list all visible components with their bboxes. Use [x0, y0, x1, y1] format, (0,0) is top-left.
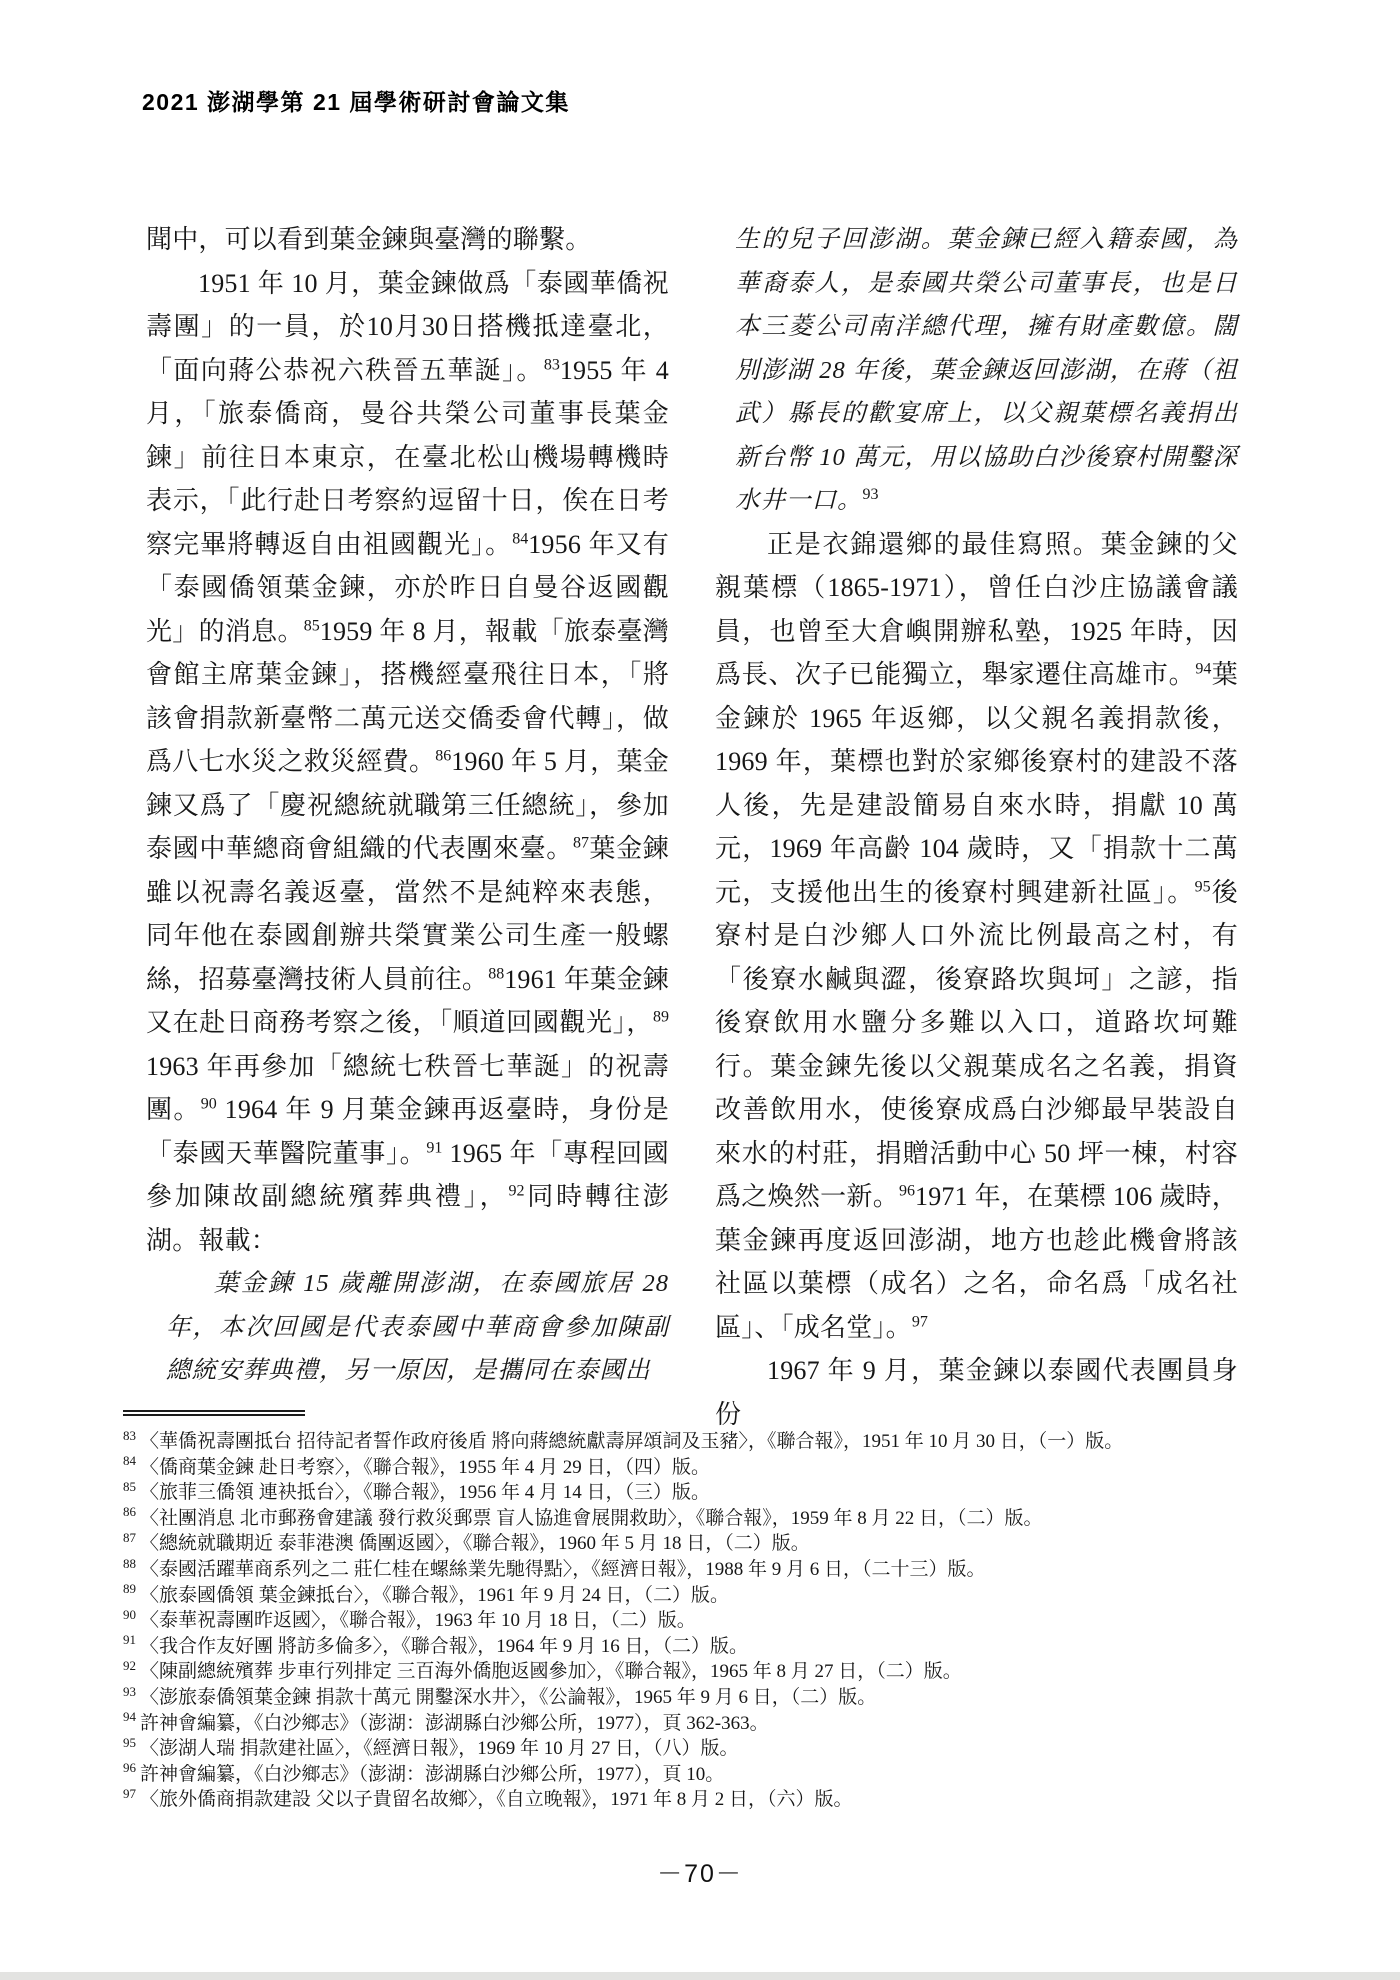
footnote-number: 92 [123, 1658, 136, 1673]
footnote-item: 94許神會編纂，《白沙鄉志》（澎湖：澎湖縣白沙鄉公所，1977），頁 362-3… [123, 1711, 1298, 1737]
footnote-item: 83〈華僑祝壽團抵台 招待記者誓作政府後盾 將向蔣總統獻壽屏頌詞及玉豬〉，《聯合… [123, 1429, 1298, 1455]
left-column: 聞中，可以看到葉金鍊與臺灣的聯繫。1951 年 10 月，葉金鍊做爲「泰國華僑祝… [146, 218, 669, 1436]
footnote-reference: 85 [304, 617, 320, 634]
footnote-item: 96許神會編纂，《白沙鄉志》（澎湖：澎湖縣白沙鄉公所，1977），頁 10。 [123, 1762, 1298, 1788]
footnote-item: 85〈旅菲三僑領 連袂抵台〉，《聯合報》，1956 年 4 月 14 日，（三）… [123, 1480, 1298, 1506]
footnote-number: 84 [123, 1453, 136, 1468]
footnote-item: 89〈旅泰國僑領 葉金鍊抵台〉，《聯合報》，1961 年 9 月 24 日，（二… [123, 1583, 1298, 1609]
footnote-number: 95 [123, 1735, 136, 1750]
footnote-reference: 86 [435, 747, 451, 764]
footnote-number: 88 [123, 1556, 136, 1571]
footnote-reference: 95 [1195, 878, 1211, 895]
footnote-reference: 94 [1195, 660, 1211, 677]
footnote-item: 95〈澎湖人瑞 捐款建社區〉，《經濟日報》，1969 年 10 月 27 日，（… [123, 1736, 1298, 1762]
footnote-item: 97〈旅外僑商捐款建設 父以子貴留名故鄉〉，《自立晚報》，1971 年 8 月 … [123, 1787, 1298, 1813]
footnote-number: 90 [123, 1607, 136, 1622]
footnote-reference: 84 [512, 530, 528, 547]
footnote-number: 94 [123, 1709, 136, 1724]
footnote-reference: 91 [426, 1139, 442, 1156]
footnote-item: 92〈陳副總統殯葬 步車行列排定 三百海外僑胞返國參加〉，《聯合報》，1965 … [123, 1659, 1298, 1685]
footnote-item: 84〈僑商葉金鍊 赴日考察〉，《聯合報》，1955 年 4 月 29 日，（四）… [123, 1455, 1298, 1481]
body-paragraph: 聞中，可以看到葉金鍊與臺灣的聯繫。 [146, 218, 669, 262]
footnote-reference: 96 [899, 1182, 915, 1199]
footnote-number: 86 [123, 1504, 136, 1519]
footnote-number: 89 [123, 1581, 136, 1596]
footnote-reference: 88 [488, 965, 504, 982]
footnote-number: 85 [123, 1479, 136, 1494]
scanned-document-page: { "header": { "title": "2021 澎湖學第 21 屆學術… [0, 0, 1400, 1980]
footnote-item: 90〈泰華祝壽團昨返國〉，《聯合報》，1963 年 10 月 18 日，（二）版… [123, 1608, 1298, 1634]
page-number: －70－ [0, 1854, 1400, 1890]
footnote-reference: 93 [863, 486, 879, 503]
footnote-reference: 89 [653, 1008, 669, 1025]
footnote-list: 83〈華僑祝壽團抵台 招待記者誓作政府後盾 將向蔣總統獻壽屏頌詞及玉豬〉，《聯合… [123, 1429, 1298, 1813]
footnote-reference: 83 [544, 356, 560, 373]
body-text-columns: 聞中，可以看到葉金鍊與臺灣的聯繫。1951 年 10 月，葉金鍊做爲「泰國華僑祝… [146, 218, 1238, 1436]
footnote-item: 91〈我合作友好團 將訪多倫多〉，《聯合報》，1964 年 9 月 16 日，（… [123, 1634, 1298, 1660]
quote-paragraph: 葉金鍊 15 歲離開澎湖，在泰國旅居 28 年，本次回國是代表泰國中華商會參加陳… [166, 1262, 669, 1393]
footnote-item: 93〈澎旅泰僑領葉金鍊 捐款十萬元 開鑿深水井〉，《公論報》，1965 年 9 … [123, 1685, 1298, 1711]
footnote-number: 93 [123, 1684, 136, 1699]
body-paragraph: 1951 年 10 月，葉金鍊做爲「泰國華僑祝壽團」的一員，於10月30日搭機抵… [146, 262, 669, 1263]
right-column: 生的兒子回澎湖。葉金鍊已經入籍泰國，為華裔泰人，是泰國共榮公司董事長，也是日本三… [715, 218, 1238, 1436]
quote-paragraph: 生的兒子回澎湖。葉金鍊已經入籍泰國，為華裔泰人，是泰國共榮公司董事長，也是日本三… [735, 218, 1238, 523]
footnote-separator-rule [123, 1410, 305, 1416]
footnote-reference: 97 [912, 1313, 928, 1330]
footnote-item: 87〈總統就職期近 泰菲港澳 僑團返國〉，《聯合報》，1960 年 5 月 18… [123, 1531, 1298, 1557]
footnote-reference: 87 [573, 834, 589, 851]
footnote-reference: 92 [509, 1182, 525, 1199]
body-paragraph: 1967 年 9 月，葉金鍊以泰國代表團員身份 [715, 1349, 1238, 1436]
footnote-number: 83 [123, 1428, 136, 1443]
footnote-number: 96 [123, 1760, 136, 1775]
footnote-item: 86〈社團消息 北市郵務會建議 發行救災郵票 盲人協進會展開救助〉，《聯合報》，… [123, 1506, 1298, 1532]
footnote-item: 88〈泰國活躍華商系列之二 莊仁桂在螺絲業先馳得點〉，《經濟日報》，1988 年… [123, 1557, 1298, 1583]
proceedings-header-title: 2021 澎湖學第 21 屆學術研討會論文集 [142, 84, 570, 117]
footnote-number: 87 [123, 1530, 136, 1545]
body-paragraph: 正是衣錦還鄉的最佳寫照。葉金鍊的父親葉標（1865-1971），曾任白沙庄協議會… [715, 523, 1238, 1350]
footnote-reference: 90 [201, 1095, 217, 1112]
footnote-number: 91 [123, 1632, 136, 1647]
footnote-number: 97 [123, 1786, 136, 1801]
scan-bottom-edge [0, 1972, 1400, 1980]
